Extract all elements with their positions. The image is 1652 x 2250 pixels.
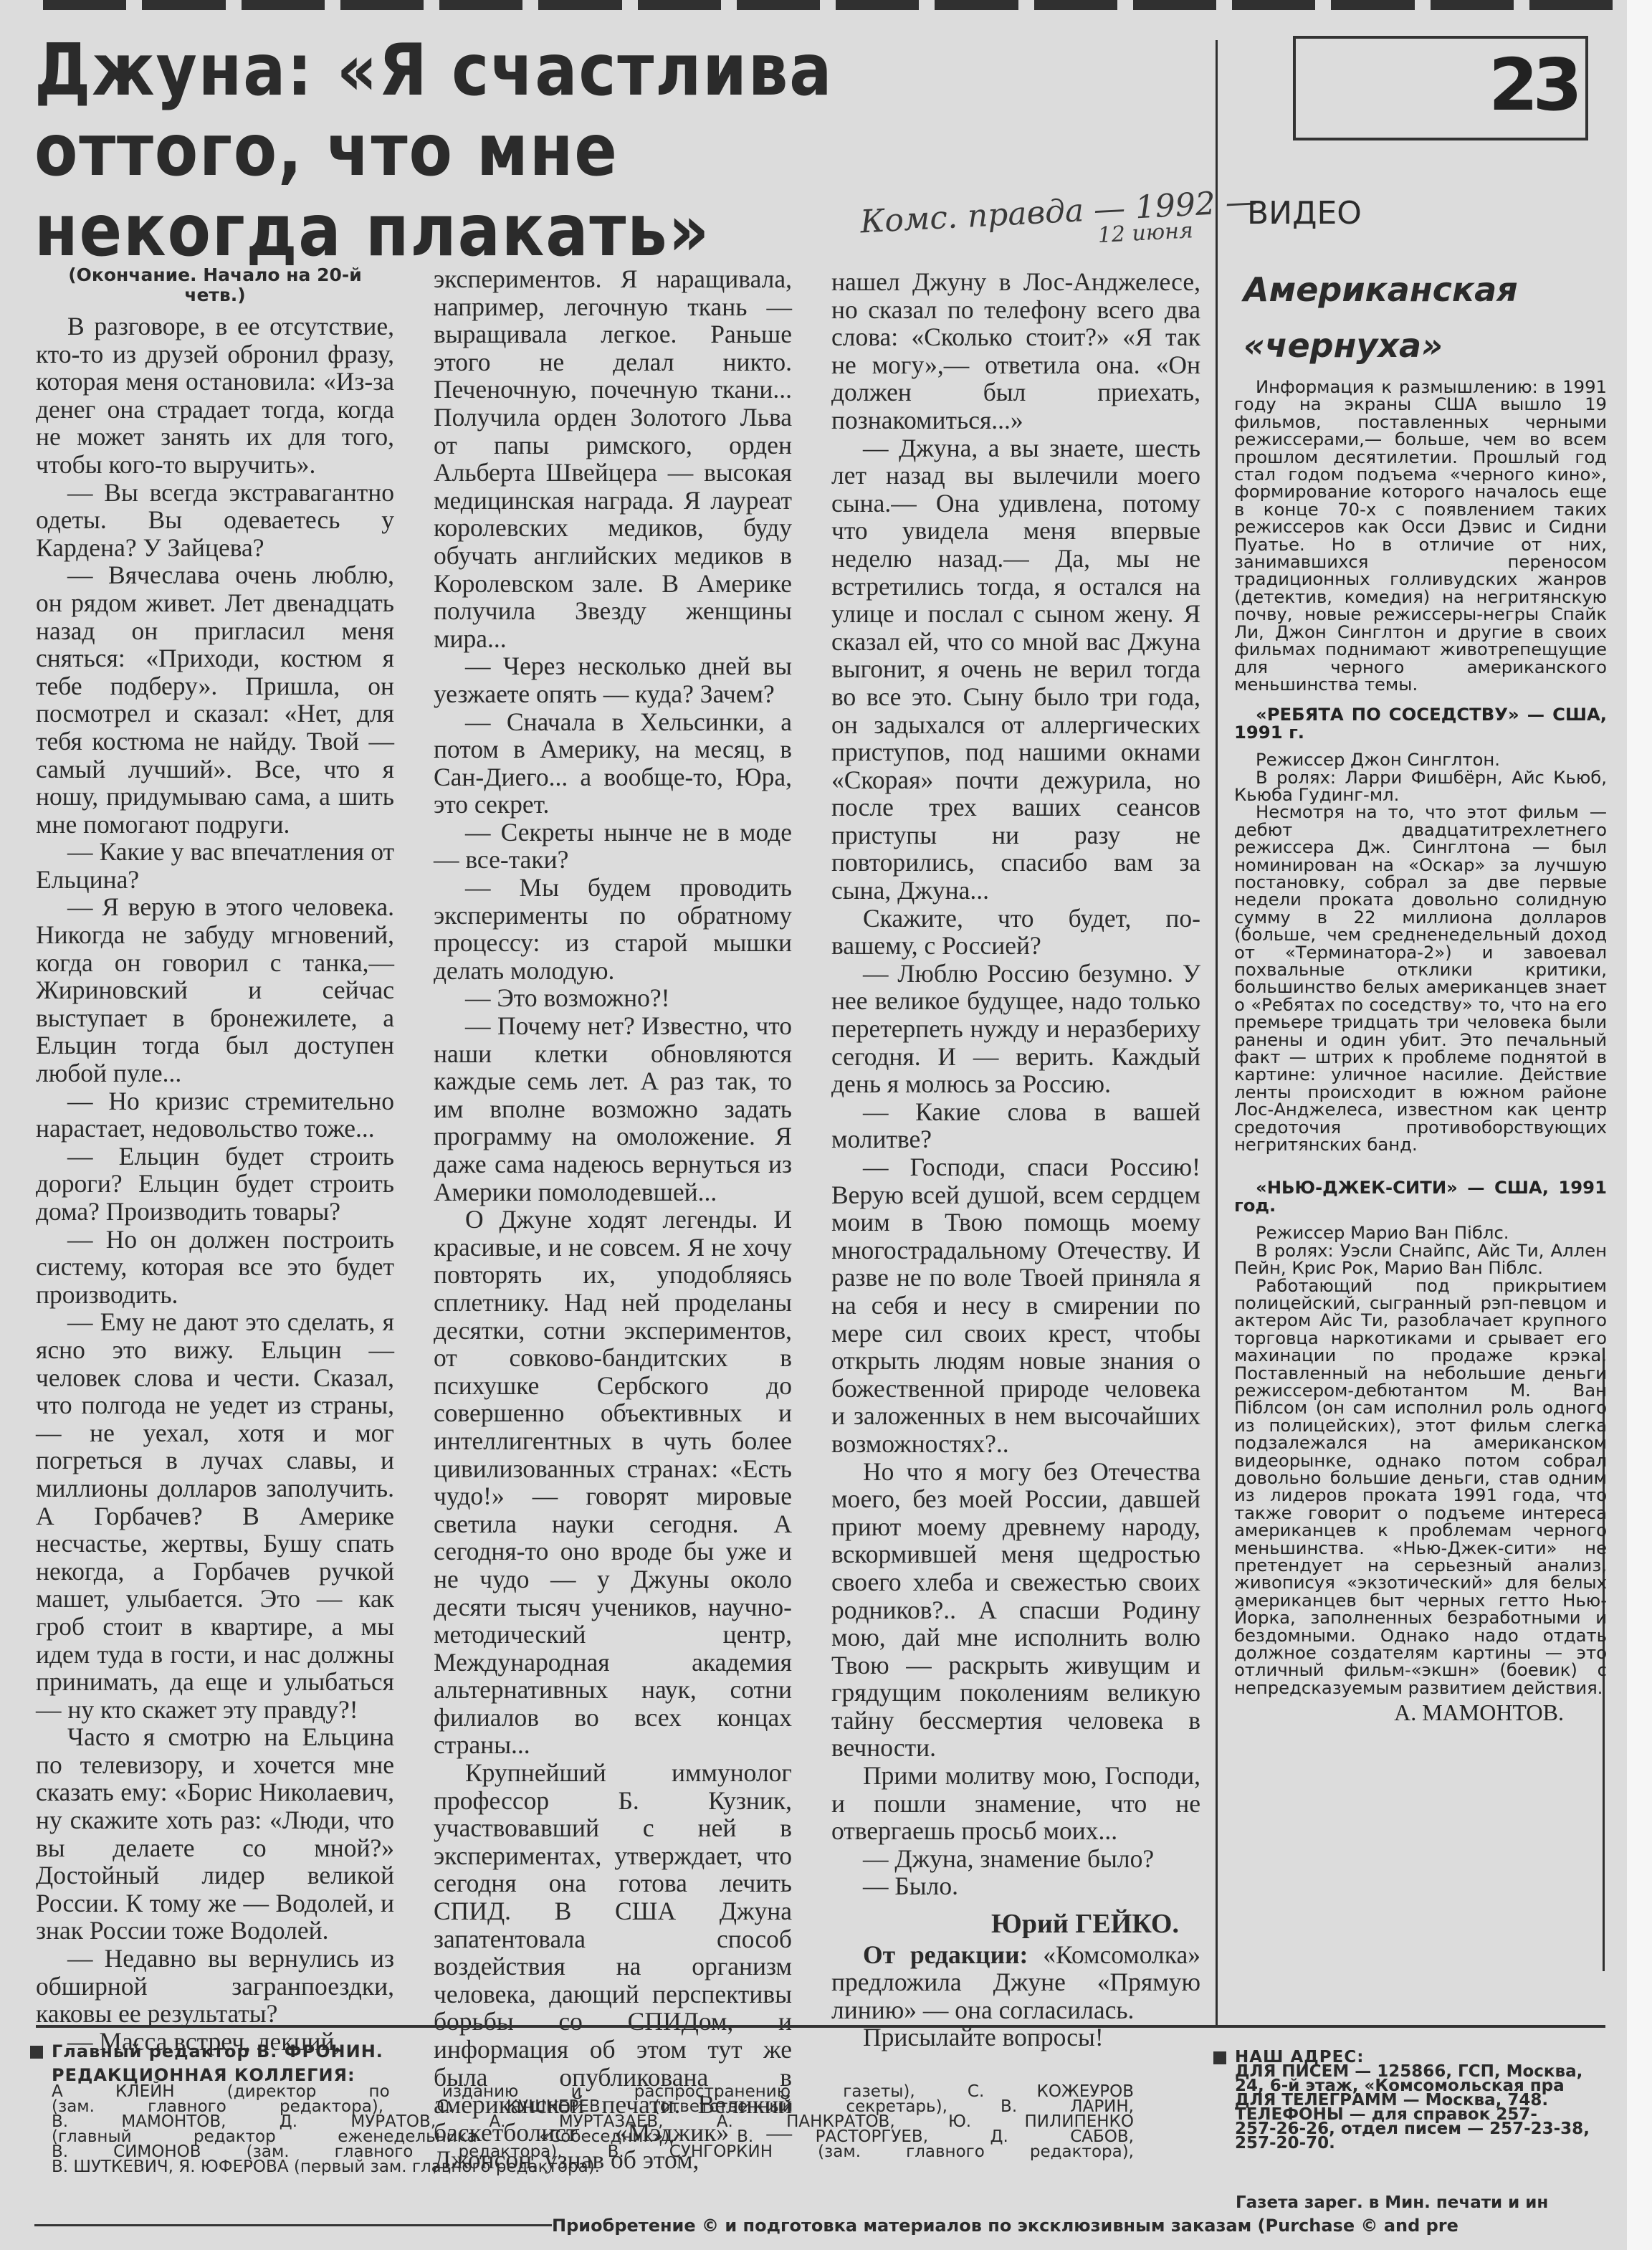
paragraph: экспериментов. Я наращивала, например, л… [434,265,792,652]
film-title: «НЬЮ-ДЖЕК-СИТИ» — США, 1991 год. [1234,1179,1607,1214]
editorial-board: Главный редактор В. ФРОНИН. РЕДАКЦИОННАЯ… [30,2044,1134,2175]
paragraph: — Люблю Россию безумно. У нее великое бу… [831,960,1200,1098]
paragraph: В разговоре, в ее отсутствие, кто-то из … [36,313,394,479]
article-column-1: (Окончание. Начало на 20-й четв.) В разг… [36,265,394,2055]
handwritten-note-date: 12 июня [1097,218,1194,248]
video-review-column: Информация к размышлению: в 1991 году на… [1234,378,1607,1722]
page-number: 23 [1489,43,1577,127]
article-headline: Джуна: «Я счастлива оттого, что мне неко… [34,30,735,271]
footer-divider [36,2025,1605,2028]
paragraph: — Джуна, а вы знаете, шесть лет назад вы… [831,434,1200,905]
headline-line-3: некогда плакать» [34,191,735,271]
paragraph: — Через несколько дней вы уезжаете опять… [434,652,792,707]
film-review: Работающий под прикрытием полицейский, с… [1234,1277,1607,1697]
video-section-title: Американская «чернуха» [1243,262,1518,373]
scan-edge [1627,0,1652,2250]
paragraph: — Ельцин будет строить дороги? Ельцин бу… [36,1143,394,1226]
film-director: Режиссер Джон Синглтон. [1234,751,1607,768]
paragraph: — Но кризис стремительно нарастает, недо… [36,1087,394,1143]
film-cast: В ролях: Ларри Фишбёрн, Айс Кьюб, Кьюба … [1234,769,1607,804]
paragraph: — Ему не дают это сделать, я ясно это ви… [36,1308,394,1723]
paragraph: — Вячеслава очень люблю, он рядом живет.… [36,561,394,838]
rubric-label: ВИДЕО [1247,195,1362,232]
page-number-box: 23 [1293,36,1588,140]
board-label: РЕДАКЦИОННАЯ КОЛЛЕГИЯ: [52,2068,1134,2083]
paragraph: О Джуне ходят легенды. И красивые, и не … [434,1206,792,1759]
paragraph: Прими молитву мою, Господи, и пошли знам… [831,1762,1200,1845]
paragraph: — Я верую в этого человека. Никогда не з… [36,893,394,1087]
article-column-3: нашел Джуну в Лос-Анджелесе, но сказал п… [831,268,1200,2051]
review-author: А. МАМОНТОВ. [1234,1704,1607,1721]
paragraph: — Вы всегда экстравагантно одеты. Вы оде… [36,479,394,562]
editor-note: От редакции: «Комсомолка» предложила Джу… [831,1941,1200,2024]
paragraph: — Секреты нынче не в моде — все-таки? [434,819,792,874]
address-block: НАШ АДРЕС: ДЛЯ ПИСЕМ — 125866, ГСП, Моск… [1213,2050,1629,2150]
paragraph: — Мы будем проводить эксперименты по обр… [434,874,792,984]
top-decorative-bar [43,0,1613,10]
paragraph: Часто я смотрю на Ельцина по телевизору,… [36,1723,394,1945]
paragraph: — Это возможно?! [434,984,792,1012]
film-title: «РЕБЯТА ПО СОСЕДСТВУ» — США, 1991 г. [1234,706,1607,741]
square-bullet-icon [30,2046,43,2059]
chief-editor-text: Главный редактор В. ФРОНИН. [52,2041,383,2061]
paragraph: — Недавно вы вернулись из обширной загра… [36,1945,394,2028]
article-column-2: экспериментов. Я наращивала, например, л… [434,265,792,2174]
intro-paragraph: Информация к размышлению: в 1991 году на… [1234,378,1607,693]
film-cast: В ролях: Уэсли Снайпс, Айс Ти, Аллен Пей… [1234,1242,1607,1277]
paragraph: Но что я могу без Отечества моего, без м… [831,1458,1200,1763]
title-line-1: Американская [1243,262,1518,318]
address-line: 257-20-70. [1235,2136,1629,2150]
article-author: Юрий ГЕЙКО. [831,1910,1179,1938]
paragraph: — Какие слова в вашей молитве? [831,1098,1200,1153]
paragraph: — Сначала в Хельсинки, а потом в Америку… [434,708,792,819]
handwritten-source-note: Комс. правда — 1992 — 12 июня [859,183,1258,241]
column-divider [1216,40,1218,2026]
editor-note-label: От редакции: [863,1940,1028,1969]
film-review: Несмотря на то, что этот фильм — дебют д… [1234,804,1607,1153]
headline-line-2: оттого, что мне [34,110,735,191]
square-bullet-icon [1213,2051,1226,2064]
registration-note: Газета зарег. в Мин. печати и ин [1236,2193,1626,2212]
copyright-note: Приобретение © и подготовка материалов п… [552,2216,1627,2236]
headline-line-1: Джуна: «Я счастлива [34,30,735,110]
newspaper-page: Джуна: «Я счастлива оттого, что мне неко… [0,0,1627,2250]
title-line-2: «чернуха» [1243,318,1518,373]
paragraph: — Господи, спаси Россию! Верую всей душо… [831,1153,1200,1458]
paragraph: нашел Джуну в Лос-Анджелесе, но сказал п… [831,268,1200,434]
paragraph: — Но он должен построить систему, котора… [36,1226,394,1309]
chief-editor: Главный редактор В. ФРОНИН. [30,2044,1134,2059]
paragraph: — Было. [831,1872,1200,1900]
paragraph: — Почему нет? Известно, что наши клетки … [434,1012,792,1206]
paragraph: — Джуна, знамение было? [831,1845,1200,1873]
paragraph: Скажите, что будет, по-вашему, с Россией… [831,905,1200,960]
continuation-note: (Окончание. Начало на 20-й четв.) [36,265,394,305]
handwritten-note-text: Комс. правда — 1992 — [859,183,1258,241]
board-line: В. ШУТКЕВИЧ, Я. ЮФЕРОВА (первый зам. гла… [52,2160,1134,2175]
paragraph: — Какие у вас впечатления от Ельцина? [36,838,394,893]
copyright-rule [34,2224,552,2226]
